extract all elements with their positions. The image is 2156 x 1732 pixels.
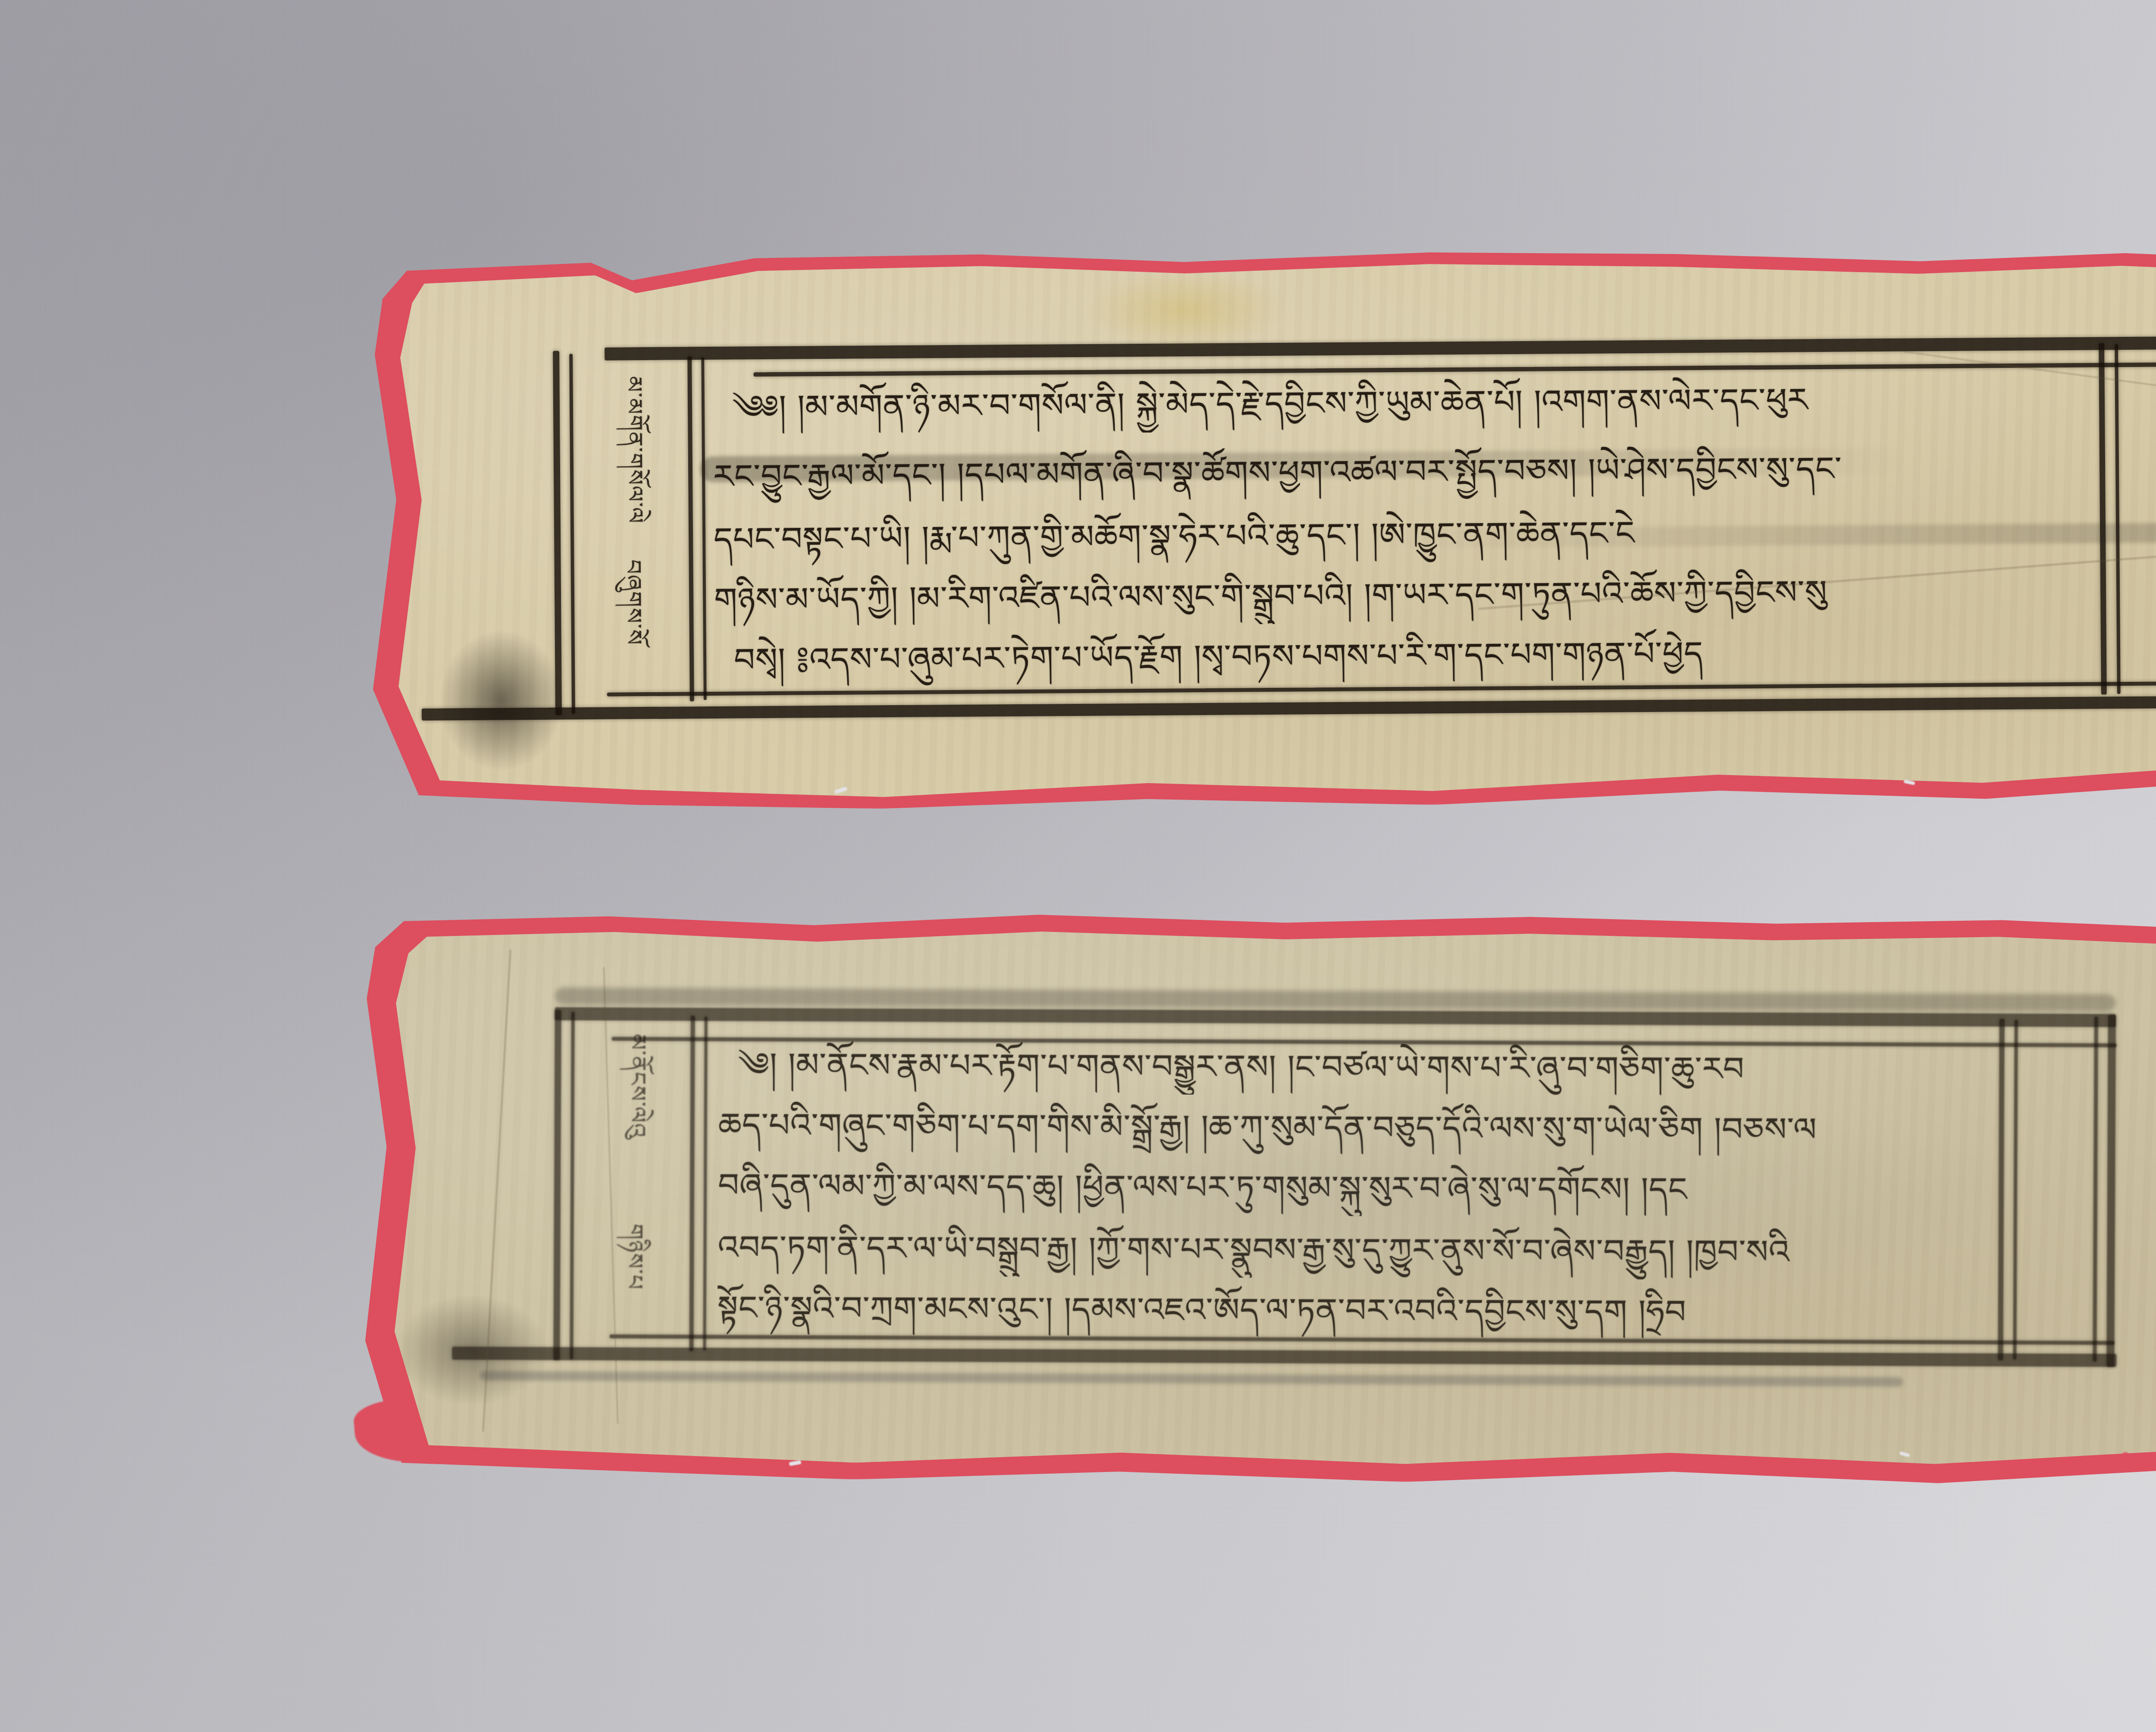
paper-sheet: མ་ནོངས་ལེའུ གཉིས་པ ༄། །མ་ནོངས་རྣམ་པར་རྟོ…	[367, 914, 2156, 1480]
ink-smudge	[439, 629, 564, 772]
upper-folio: མ་མགོན་གསོལ་ལེ བཞུགས་སོ ༄༅། །མ་མགོན་ཉི་མ…	[371, 245, 2156, 807]
gray-wash	[670, 1079, 2008, 1310]
ink-smudge	[394, 1294, 549, 1407]
lower-folio: མ་ནོངས་ལེའུ གཉིས་པ ༄། །མ་ནོངས་རྣམ་པར་རྟོ…	[367, 914, 2156, 1480]
photo-background: { "photo": { "background_color": "#c3c2c…	[0, 0, 2156, 1732]
text-line-1: ༄༅། །མ་མགོན་ཉི་མར་བ་གསོལ་ནི། སྐྱེ་མེད་དེ…	[732, 373, 2095, 436]
paper-sheet: མ་མགོན་གསོལ་ལེ བཞུགས་སོ ༄༅། །མ་མགོན་ཉི་མ…	[371, 245, 2156, 807]
text-line-4: གཉིས་མ་ཡོད་ཀྱི། །མ་རིག་འཛིན་པའི་ལས་སུང་ག…	[714, 566, 2099, 628]
text-line-5: བསྭེ། ༔འདས་པ་ཞུམ་པར་ཏེག་པ་ཡོད་རྗོག །སྭ་བ…	[734, 626, 2099, 688]
